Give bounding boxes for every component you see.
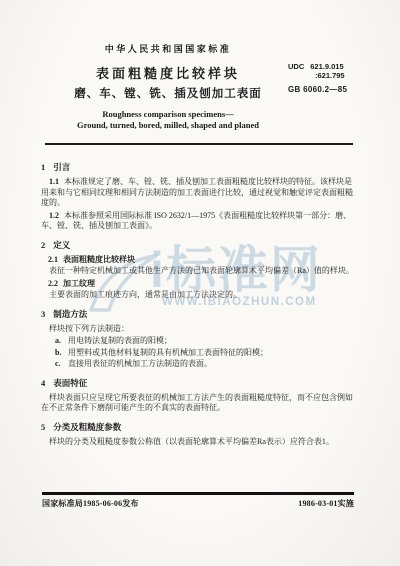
- section-title: 制造方法: [53, 309, 87, 319]
- section-heading: 4表面特征: [41, 378, 357, 388]
- section-text: 样块的分类及粗糙度参数公称值（以表面轮廓算术平均偏差Ra表示）应符合表1。: [41, 437, 357, 448]
- clause-number: 2.2: [48, 279, 58, 288]
- section-manufacturing-methods: 3制造方法 样块按下列方法制造： a.用电铸法复制的表面的阳模； b.用塑料或其…: [41, 309, 357, 370]
- english-title-line1: Roughness comparison specimens—: [0, 109, 336, 119]
- section-heading: 2定义: [41, 240, 357, 250]
- section-number: 3: [41, 309, 45, 319]
- term-definition: 表征一种特定机械加工或其他生产方法的已知表面轮廓算术平均偏差（Ra）值的样块。: [41, 266, 357, 277]
- section-title: 引言: [53, 162, 70, 172]
- section-number: 1: [41, 162, 45, 172]
- section-heading: 5分类及粗糙度参数: [41, 422, 357, 432]
- section-title: 定义: [53, 240, 70, 250]
- list-item-c: c.直接用表征的机械加工方法制造的表面。: [55, 359, 357, 370]
- term-2-2: 2.2加工纹理: [48, 279, 357, 290]
- clause-number: 1.1: [49, 177, 59, 186]
- list-marker: b.: [55, 348, 68, 359]
- clause-number: 1.2: [49, 211, 59, 220]
- section-classification: 5分类及粗糙度参数 样块的分类及粗糙度参数公称值（以表面轮廓算术平均偏差Ra表示…: [41, 422, 357, 448]
- list-item-a: a.用电铸法复制的表面的阳模；: [55, 336, 357, 347]
- issue-date: 国家标准局1985-06-06发布: [42, 498, 139, 509]
- clause-1-2: 1.2本标准参照采用国际标准 ISO 2632/1—1975《表面粗糙度比较样块…: [41, 211, 357, 232]
- standard-caption: 中华人民共和国国家标准: [0, 42, 336, 55]
- list-item-b: b.用塑料或其他材料复制的具有机械加工表面特征的阳模；: [55, 348, 357, 359]
- document-subtitle: 磨、车、镗、铣、插及刨加工表面: [0, 85, 336, 101]
- section-number: 4: [41, 378, 45, 388]
- list-text: 直接用表征的机械加工方法制造的表面。: [68, 359, 212, 368]
- document-page: i标准网 WWW.IBIAOZHUN.COM 中华人民共和国国家标准 UDC62…: [0, 0, 400, 566]
- english-title-line2: Ground, turned, bored, milled, shaped an…: [0, 120, 336, 130]
- document-title: 表面粗糙度比较样块: [0, 63, 336, 82]
- clause-text: 本标准规定了磨、车、镗、铣、插及刨加工表面粗糙度比较样块的特征。该样块是用来和与…: [41, 177, 353, 207]
- term-name: 表面粗糙度比较样块: [63, 255, 135, 264]
- section-definitions: 2定义 2.1表面粗糙度比较样块 表征一种特定机械加工或其他生产方法的已知表面轮…: [41, 240, 357, 301]
- list-marker: c.: [55, 359, 68, 370]
- term-name: 加工纹理: [63, 279, 95, 288]
- footer: 国家标准局1985-06-06发布 1986-03-01实施: [42, 498, 354, 509]
- clause-text: 本标准参照采用国际标准 ISO 2632/1—1975《表面粗糙度比较样块第一部…: [41, 211, 351, 231]
- section-number: 5: [41, 422, 45, 432]
- term-2-1: 2.1表面粗糙度比较样块: [48, 255, 357, 266]
- list-marker: a.: [55, 336, 68, 347]
- section-title: 表面特征: [53, 378, 87, 388]
- header-rule: [45, 143, 353, 145]
- clause-1-1: 1.1本标准规定了磨、车、镗、铣、插及刨加工表面粗糙度比较样块的特征。该样块是用…: [41, 177, 357, 209]
- section-text: 样块表面只应呈现它所要表征的机械加工方法产生的表面粗糙度特征，而不应包含例如在不…: [41, 393, 357, 414]
- section-number: 2: [41, 240, 45, 250]
- section-introduction: 1引言 1.1本标准规定了磨、车、镗、铣、插及刨加工表面粗糙度比较样块的特征。该…: [41, 162, 357, 232]
- section-heading: 1引言: [41, 162, 357, 172]
- footer-rule: [42, 492, 354, 495]
- implementation-date: 1986-03-01实施: [298, 498, 354, 509]
- section-heading: 3制造方法: [41, 309, 357, 319]
- section-surface-characteristics: 4表面特征 样块表面只应呈现它所要表征的机械加工方法产生的表面粗糙度特征，而不应…: [41, 378, 357, 414]
- list-intro: 样块按下列方法制造：: [41, 324, 357, 335]
- list-text: 用塑料或其他材料复制的具有机械加工表面特征的阳模；: [68, 348, 268, 357]
- document-body: 1引言 1.1本标准规定了磨、车、镗、铣、插及刨加工表面粗糙度比较样块的特征。该…: [41, 154, 357, 449]
- list-text: 用电铸法复制的表面的阳模；: [68, 336, 172, 345]
- section-title: 分类及粗糙度参数: [53, 422, 121, 432]
- term-definition: 主要表面的加工痕迹方向，通常是由加工方法决定的。: [41, 290, 357, 301]
- clause-number: 2.1: [48, 255, 58, 264]
